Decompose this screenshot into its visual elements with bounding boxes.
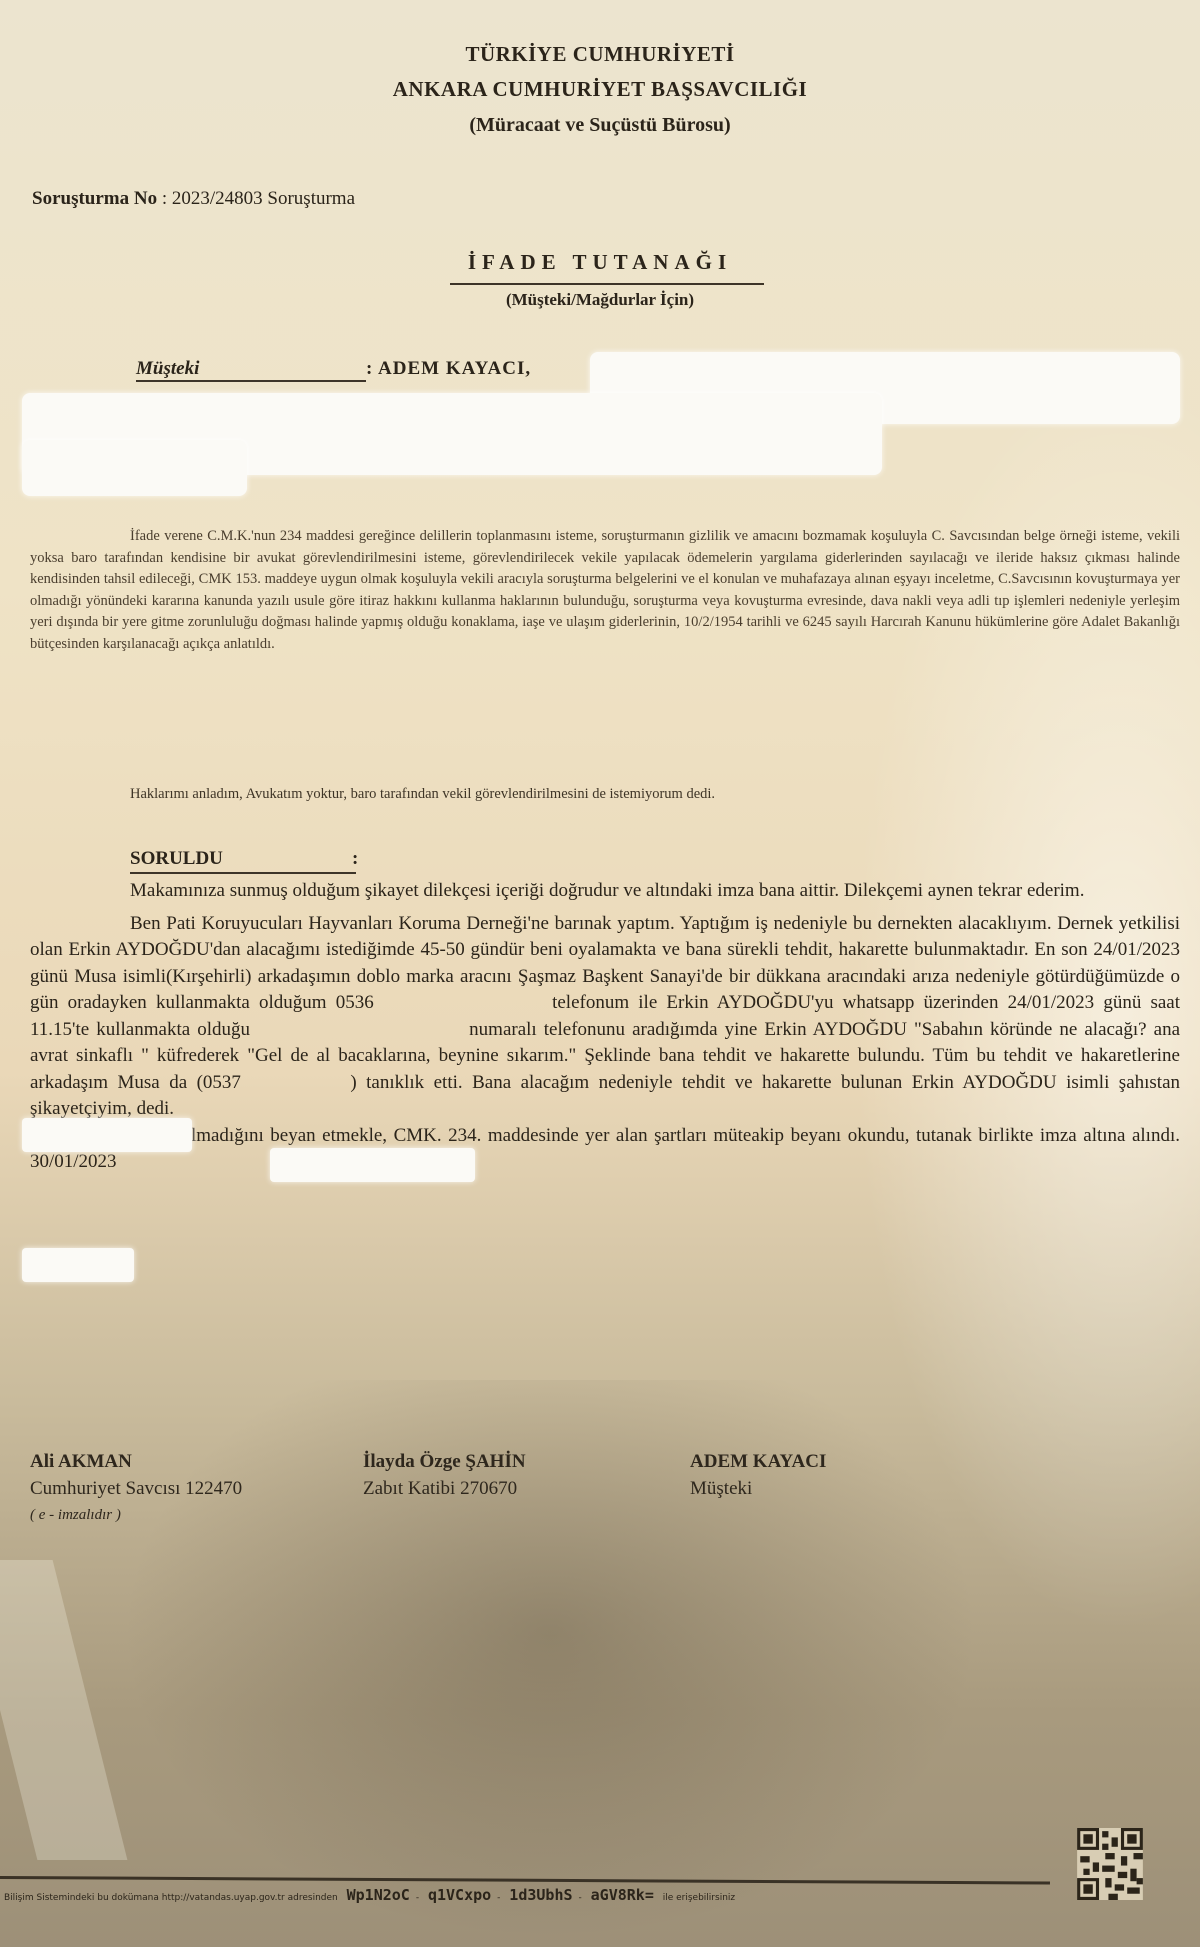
case-number-separator: :: [162, 188, 167, 209]
party-label-underline: [136, 380, 366, 382]
document-subtitle: (Müşteki/Mağdurlar İçin): [0, 290, 1200, 310]
party-row: Müşteki: ADEM KAYACI,: [136, 358, 531, 380]
statement-paragraph-3: Başka bir diyeceği olmadığını beyan etme…: [30, 1123, 1180, 1176]
footer-verification: Bilişim Sistemindeki bu dokümana http://…: [4, 1886, 735, 1904]
rights-paragraph: İfade verene C.M.K.'nun 234 maddesi gere…: [30, 526, 1180, 655]
redaction-box: [22, 440, 247, 496]
signature-role: Cumhuriyet Savcısı 122470: [30, 1475, 242, 1502]
redaction-box: [22, 1248, 134, 1282]
asked-colon: :: [352, 848, 358, 870]
case-number-value: 2023/24803 Soruşturma: [172, 188, 355, 209]
signature-prosecutor: Ali AKMAN Cumhuriyet Savcısı 122470 ( e …: [30, 1448, 242, 1529]
photo-glare: [0, 1560, 127, 1860]
signature-name: Ali AKMAN: [30, 1448, 242, 1475]
header-bureau: (Müracaat ve Suçüstü Bürosu): [0, 114, 1200, 137]
e-signed-note: ( e - imzalıdır ): [30, 1502, 242, 1529]
verification-code: aGV8Rk=: [591, 1886, 654, 1904]
footer-prefix: Bilişim Sistemindeki bu dokümana http://…: [4, 1893, 338, 1903]
party-value: : ADEM KAYACI,: [366, 358, 531, 379]
signature-name: ADEM KAYACI: [690, 1448, 826, 1475]
signature-complainant: ADEM KAYACI Müşteki: [690, 1448, 826, 1502]
rights-acknowledgement: Haklarımı anladım, Avukatım yoktur, baro…: [130, 786, 715, 803]
verification-code: 1d3UbhS: [509, 1886, 572, 1904]
code-separator: -: [579, 1893, 582, 1903]
footer-rule: [0, 1876, 1050, 1884]
statement-paragraph-1: Makamınıza sunmuş olduğum şikayet dilekç…: [30, 878, 1180, 905]
verification-code: q1VCxpo: [428, 1886, 491, 1904]
photo-shadow: [120, 1380, 980, 1940]
statement-paragraph-2: Ben Pati Koruyucuları Hayvanları Koruma …: [30, 911, 1180, 1123]
verification-code: Wp1N2oC: [347, 1886, 410, 1904]
rights-text: İfade verene C.M.K.'nun 234 maddesi gere…: [30, 528, 1180, 652]
document-title: İFADE TUTANAĞI: [0, 250, 1200, 275]
header-office: ANKARA CUMHURİYET BAŞSAVCILIĞI: [0, 77, 1200, 102]
title-underline: [450, 283, 764, 285]
case-number-label: Soruşturma No: [32, 188, 157, 209]
header-country: TÜRKİYE CUMHURİYETİ: [0, 42, 1200, 67]
footer-suffix: ile erişebilirsiniz: [663, 1893, 735, 1903]
signature-role: Zabıt Katibi 270670: [363, 1475, 526, 1502]
qr-code-icon: [1077, 1828, 1143, 1900]
redaction-box: [270, 1148, 475, 1182]
asked-heading: SORULDU: [130, 848, 223, 870]
signature-name: İlayda Özge ŞAHİN: [363, 1448, 526, 1475]
code-separator: -: [497, 1893, 500, 1903]
code-separator: -: [416, 1893, 419, 1903]
statement: Makamınıza sunmuş olduğum şikayet dilekç…: [30, 878, 1180, 1176]
party-label: Müşteki: [136, 358, 366, 380]
redaction-box: [22, 1118, 192, 1152]
asked-underline: [130, 872, 356, 874]
case-number: Soruşturma No : 2023/24803 Soruşturma: [32, 188, 355, 210]
signature-clerk: İlayda Özge ŞAHİN Zabıt Katibi 270670: [363, 1448, 526, 1502]
signature-role: Müşteki: [690, 1475, 826, 1502]
